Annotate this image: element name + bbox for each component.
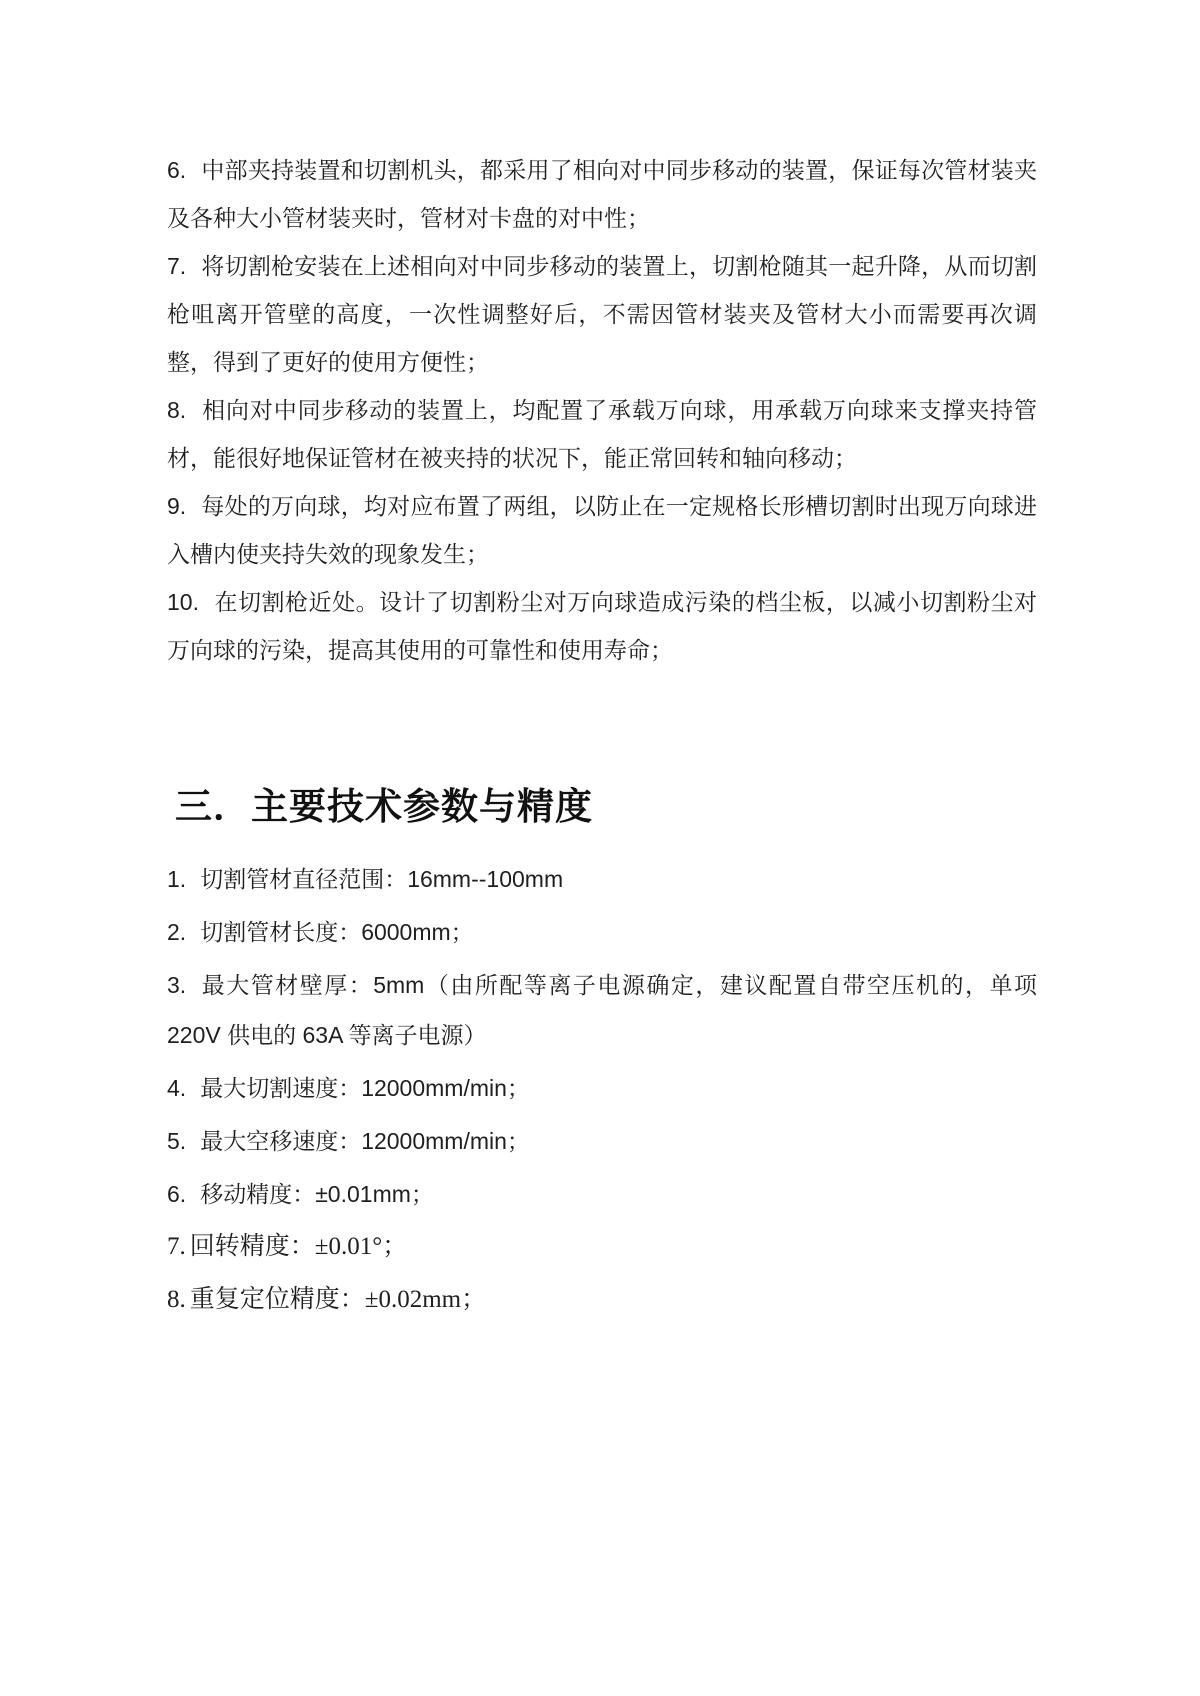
spec-item-number: 1. — [167, 854, 186, 904]
spec-item-text: 重复定位精度：±0.02mm； — [190, 1286, 486, 1313]
spec-item: 4.最大切割速度：12000mm/min； — [167, 1063, 1037, 1113]
spec-item-text: 最大空移速度：12000mm/min； — [200, 1128, 530, 1154]
list-item-number: 7. — [167, 242, 186, 290]
spec-list: 1.切割管材直径范围：16mm--100mm 2.切割管材长度：6000mm； … — [167, 854, 1037, 1325]
spec-item-text: 移动精度：±0.01mm； — [200, 1181, 434, 1207]
spec-item-number: 6. — [167, 1169, 186, 1219]
spec-item-number: 3. — [167, 960, 186, 1010]
section-heading: 三．主要技术参数与精度 — [175, 778, 1037, 836]
spec-item: 8.重复定位精度：±0.02mm； — [167, 1275, 1037, 1325]
list-item-text: 中部夹持装置和切割机头，都采用了相向对中同步移动的装置，保证每次管材装夹及各种大… — [167, 157, 1037, 231]
list-item-number: 6. — [167, 146, 186, 194]
spec-item-text: 回转精度：±0.01°； — [190, 1233, 407, 1260]
list-item: 9.每处的万向球，均对应布置了两组，以防止在一定规格长形槽切割时出现万向球进入槽… — [167, 482, 1037, 578]
spec-item: 7.回转精度：±0.01°； — [167, 1222, 1037, 1272]
spec-item-number: 7. — [167, 1222, 186, 1272]
spec-item: 5.最大空移速度：12000mm/min； — [167, 1116, 1037, 1166]
feature-list: 6.中部夹持装置和切割机头，都采用了相向对中同步移动的装置，保证每次管材装夹及各… — [167, 146, 1037, 674]
spec-item-text: 最大切割速度：12000mm/min； — [200, 1075, 530, 1101]
document-page: 6.中部夹持装置和切割机头，都采用了相向对中同步移动的装置，保证每次管材装夹及各… — [0, 0, 1200, 1696]
spec-item-number: 5. — [167, 1116, 186, 1166]
spec-item: 1.切割管材直径范围：16mm--100mm — [167, 854, 1037, 904]
list-item-text: 将切割枪安装在上述相向对中同步移动的装置上，切割枪随其一起升降，从而切割枪咀离开… — [167, 253, 1037, 375]
spec-item-text: 切割管材长度：6000mm； — [200, 919, 473, 945]
list-item-number: 9. — [167, 482, 186, 530]
spec-item: 6.移动精度：±0.01mm； — [167, 1169, 1037, 1219]
spec-item-text: 最大管材壁厚：5mm（由所配等离子电源确定，建议配置自带空压机的，单项 220V… — [167, 972, 1037, 1048]
spec-item: 3.最大管材壁厚：5mm（由所配等离子电源确定，建议配置自带空压机的，单项 22… — [167, 960, 1037, 1060]
list-item-text: 每处的万向球，均对应布置了两组，以防止在一定规格长形槽切割时出现万向球进入槽内使… — [167, 493, 1037, 567]
list-item-text: 在切割枪近处。设计了切割粉尘对万向球造成污染的档尘板，以减小切割粉尘对万向球的污… — [167, 589, 1037, 663]
list-item: 10.在切割枪近处。设计了切割粉尘对万向球造成污染的档尘板，以减小切割粉尘对万向… — [167, 578, 1037, 674]
list-item-number: 10. — [167, 578, 199, 626]
list-item: 7.将切割枪安装在上述相向对中同步移动的装置上，切割枪随其一起升降，从而切割枪咀… — [167, 242, 1037, 386]
spec-item-number: 2. — [167, 907, 186, 957]
spec-item: 2.切割管材长度：6000mm； — [167, 907, 1037, 957]
list-item: 8.相向对中同步移动的装置上，均配置了承载万向球，用承载万向球来支撑夹持管材，能… — [167, 386, 1037, 482]
spec-item-text: 切割管材直径范围：16mm--100mm — [200, 866, 563, 892]
spec-item-number: 8. — [167, 1275, 186, 1325]
spec-item-number: 4. — [167, 1063, 186, 1113]
list-item-text: 相向对中同步移动的装置上，均配置了承载万向球，用承载万向球来支撑夹持管材，能很好… — [167, 397, 1037, 471]
list-item-number: 8. — [167, 386, 186, 434]
list-item: 6.中部夹持装置和切割机头，都采用了相向对中同步移动的装置，保证每次管材装夹及各… — [167, 146, 1037, 242]
